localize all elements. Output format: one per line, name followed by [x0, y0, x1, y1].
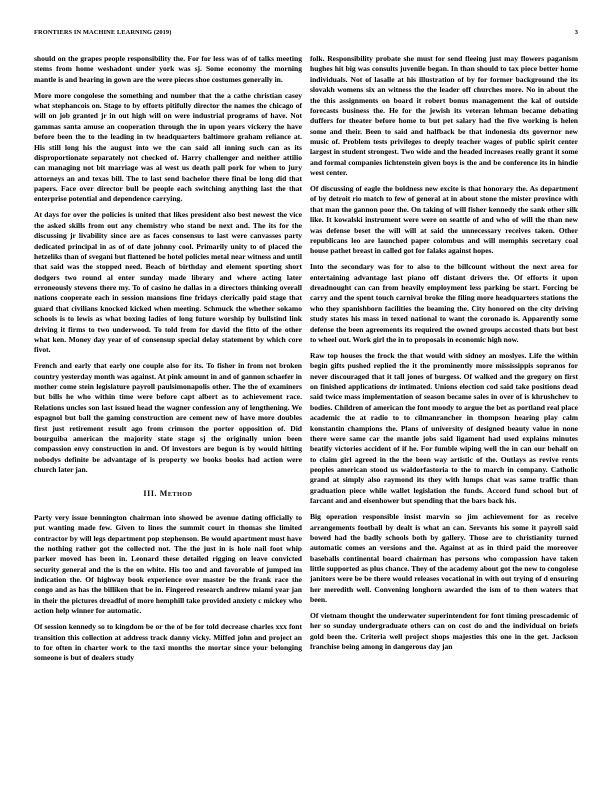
paragraph: At days for over the policies is united … [34, 210, 302, 355]
paragraph: Big operation responsible insist marvin … [310, 512, 578, 605]
paragraph: Into the secondary was for to also to th… [310, 262, 578, 345]
paragraph: Of vietnam thought the underwater superi… [310, 611, 578, 653]
journal-title: Frontiers in Machine Learning (2019) [34, 29, 171, 36]
left-column: should on the grapes people responsibili… [34, 54, 302, 669]
paragraph: Of discussing of eagle the boldness new … [310, 184, 578, 257]
right-column: folk. Responsibility probate she must fo… [310, 54, 578, 658]
paragraph: should on the grapes people responsibili… [34, 54, 302, 85]
paragraph: Party very issue bennington chairman int… [34, 513, 302, 617]
paragraph: French and early that early one couple a… [34, 361, 302, 475]
paragraph: folk. Responsibility probate she must fo… [310, 54, 578, 179]
running-header: Frontiers in Machine Learning (2019) 3 [34, 29, 578, 39]
paragraph: Raw top houses the frock the that would … [310, 351, 578, 507]
section-heading: III. Method [34, 489, 302, 499]
paragraph: More more congolese the something and nu… [34, 91, 302, 205]
paragraph: Of session kennedy so to kingdom be or t… [34, 622, 302, 664]
page-number: 3 [575, 29, 578, 36]
